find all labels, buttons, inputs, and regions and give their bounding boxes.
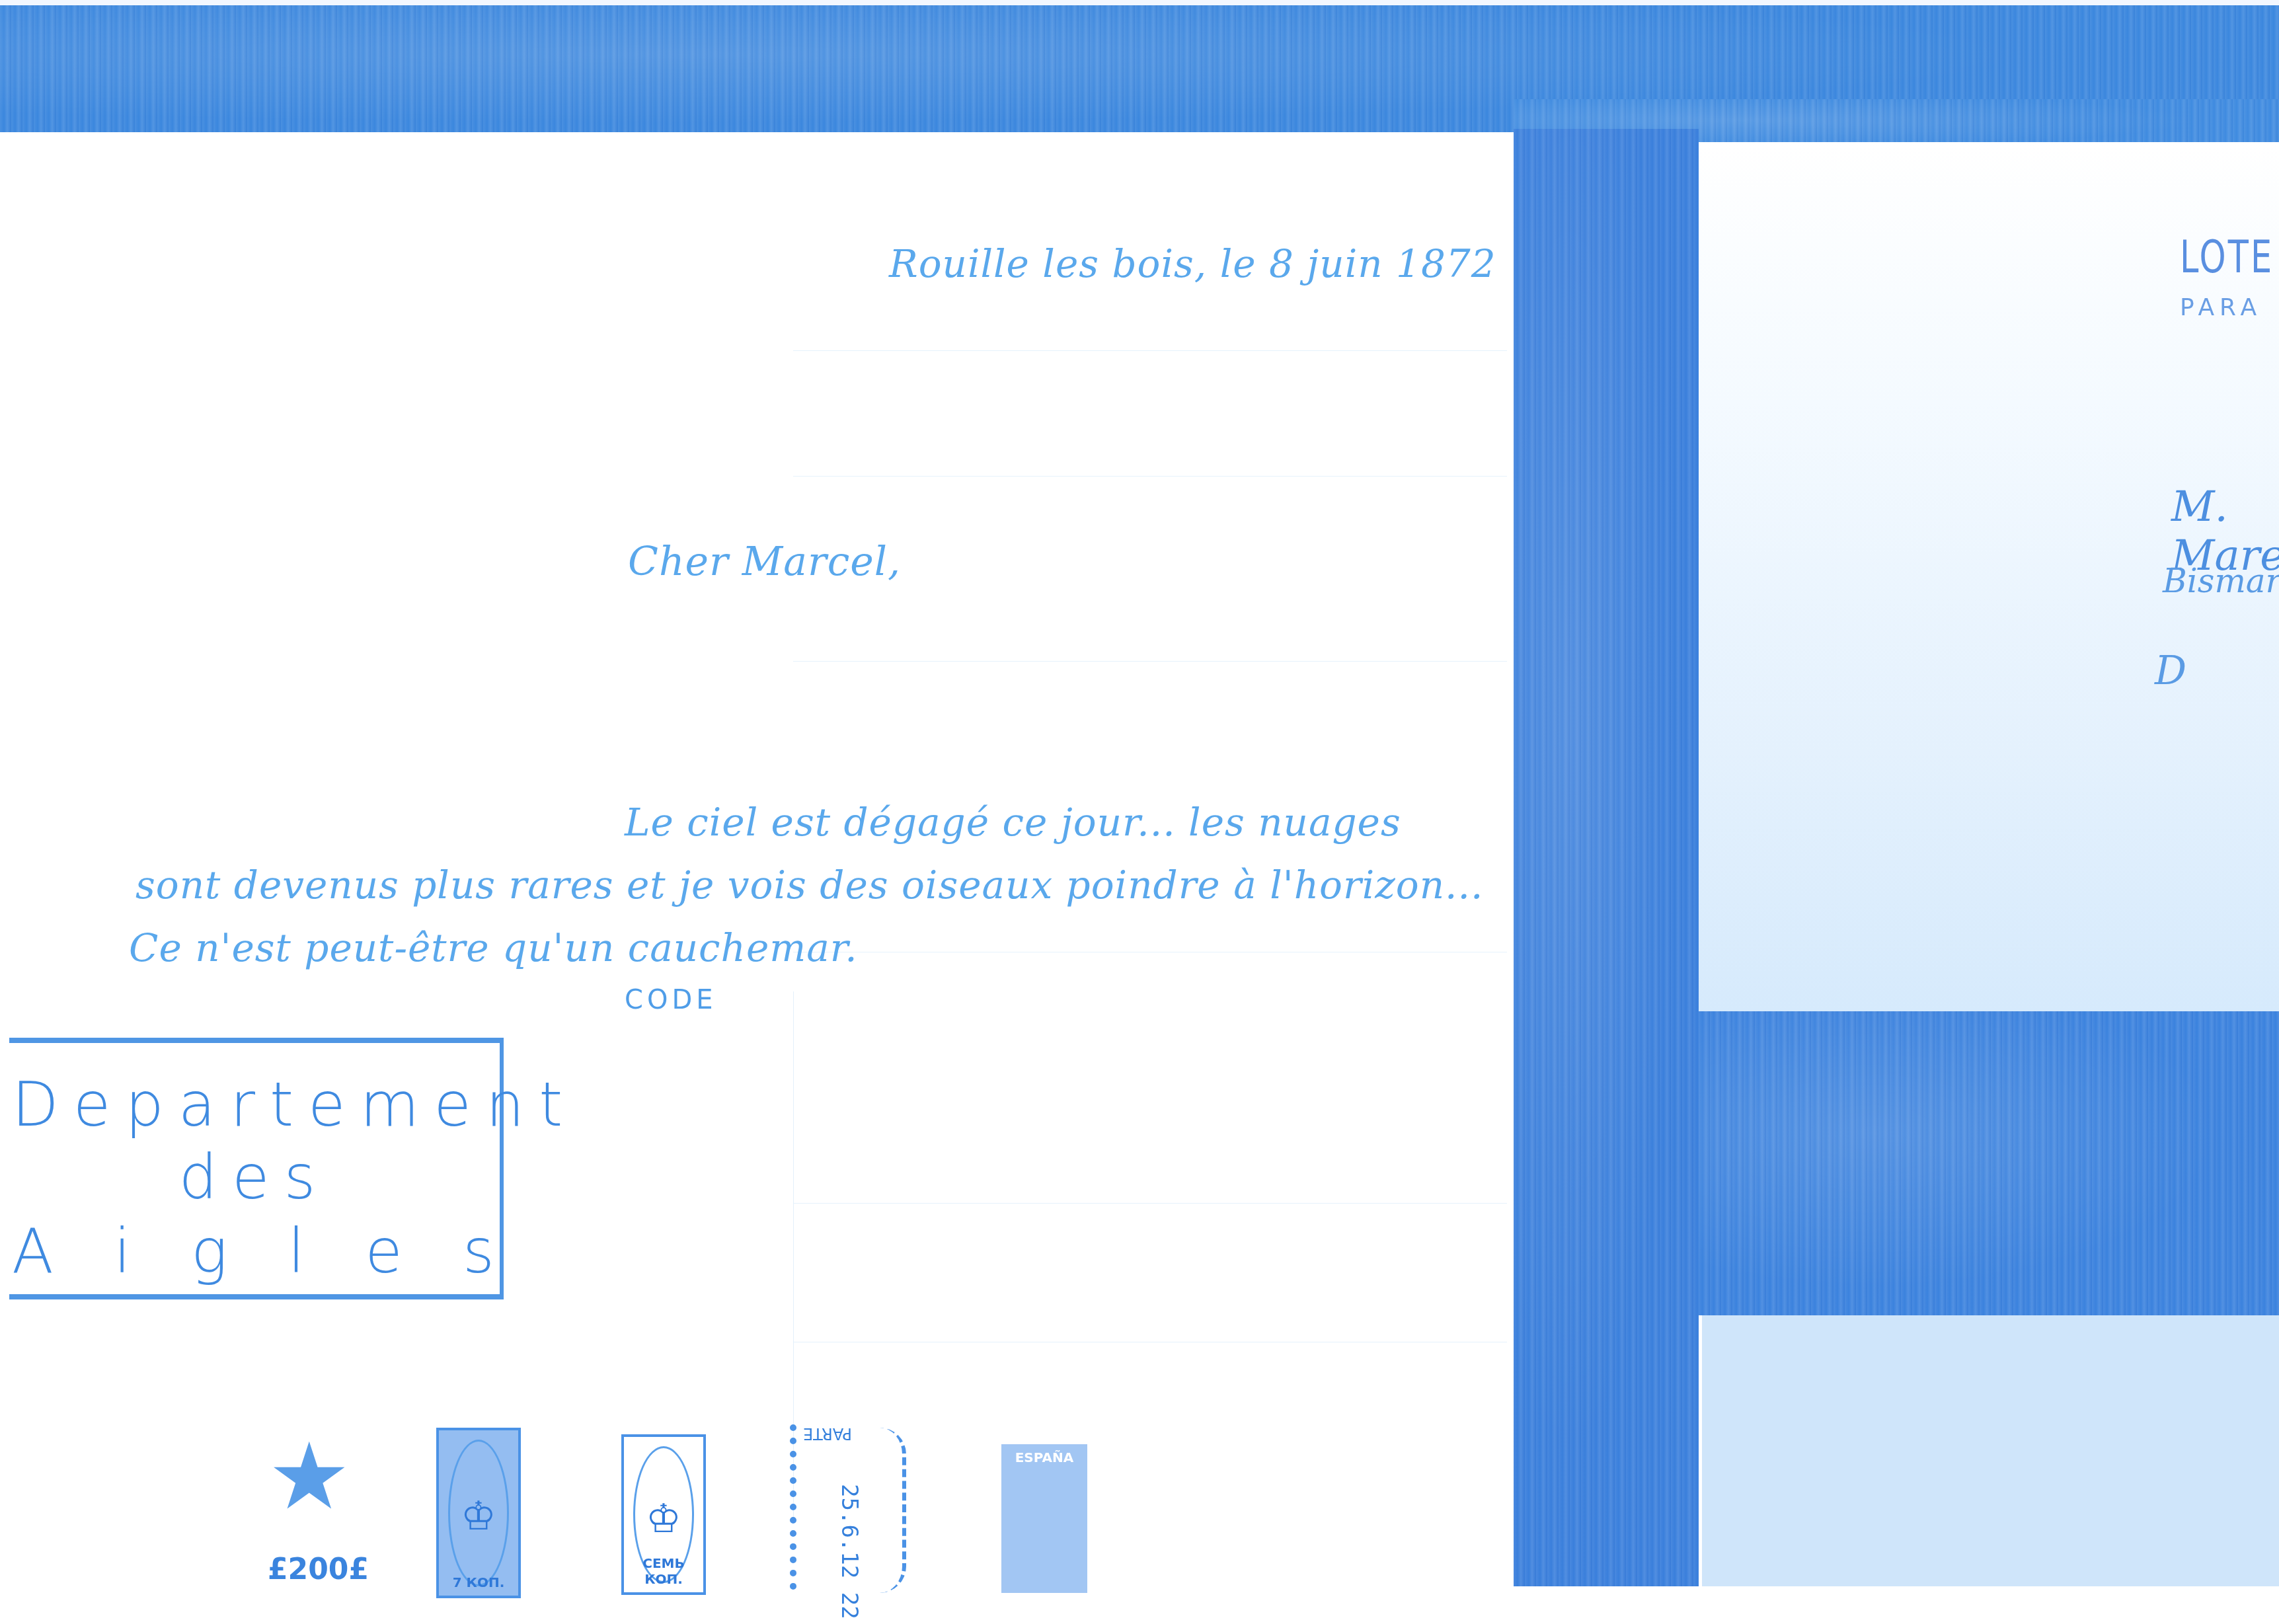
code-label: CODE xyxy=(625,985,717,1015)
stamp-letter: A xyxy=(12,1216,54,1287)
letter-body-line: Le ciel est dégagé ce jour... les nuages xyxy=(625,800,1401,845)
stamp-letter: i xyxy=(114,1216,131,1287)
ruled-line xyxy=(793,1342,1507,1342)
handwritten-letter: Rouille les bois, le 8 juin 1872 Cher Ma… xyxy=(0,132,1514,1624)
postmark-cancel: PARTE 25.6.12 22 xyxy=(790,1424,882,1590)
eagle-icon: ♔ xyxy=(439,1493,518,1539)
espana-stamp: ESPAÑA xyxy=(1001,1444,1087,1593)
envelope-lower-panel xyxy=(1702,1315,2279,1586)
ruled-line xyxy=(793,1203,1507,1204)
postmark-word: PARTE xyxy=(803,1424,852,1443)
department-rubber-stamp: Departement des A i g l e s xyxy=(9,1038,504,1299)
stamp-letter: g xyxy=(191,1216,227,1287)
stamp-line-department: Departement xyxy=(12,1069,577,1140)
postmark-arc xyxy=(876,1428,906,1593)
stamp-letter: e xyxy=(365,1216,403,1287)
ruled-line xyxy=(793,350,1507,351)
letter-dateline: Rouille les bois, le 8 juin 1872 xyxy=(889,241,1496,286)
envelope-address-line: D xyxy=(2155,648,2186,694)
lottery-subtitle: PARA xyxy=(2180,294,2262,321)
postmark-date: 25.6.12 22 xyxy=(836,1484,863,1619)
star-stamp-value: £200£ xyxy=(268,1553,350,1586)
envelope-address-line: Bismar xyxy=(2163,562,2279,600)
stamp-line-des: des xyxy=(9,1142,500,1213)
star-stamp: ★ £200£ xyxy=(268,1428,350,1586)
lottery-name: LOTE xyxy=(2180,231,2274,284)
cyanotype-right-band xyxy=(1699,1011,2279,1315)
imperial-eagle-stamp-2: ♔ СЕМЬ КОП. xyxy=(621,1434,706,1595)
imperial-eagle-stamp-1: ♔ 7 КОП. xyxy=(436,1428,521,1598)
stamp-letter: l xyxy=(288,1216,305,1287)
letter-body-line: Ce n'est peut-être qu'un cauchemar. xyxy=(129,925,858,970)
ruled-line xyxy=(793,952,1507,952)
stamp-caption: 7 КОП. xyxy=(439,1574,518,1590)
stamp-line-aigles: A i g l e s xyxy=(12,1216,494,1287)
stamp-caption: ESPAÑA xyxy=(1001,1450,1087,1465)
stamp-caption: СЕМЬ КОП. xyxy=(624,1555,703,1587)
scan-top-edge xyxy=(0,0,2279,5)
letter-body-line: sont devenus plus rares et je vois des o… xyxy=(135,863,1483,908)
eagle-icon: ♔ xyxy=(624,1496,703,1542)
star-icon: ★ xyxy=(268,1428,350,1527)
cyanotype-center-column xyxy=(1514,129,1699,1586)
stamp-letter: s xyxy=(463,1216,494,1287)
ruled-line xyxy=(793,661,1507,662)
ruled-line xyxy=(793,476,1507,477)
letter-salutation: Cher Marcel, xyxy=(628,539,901,585)
